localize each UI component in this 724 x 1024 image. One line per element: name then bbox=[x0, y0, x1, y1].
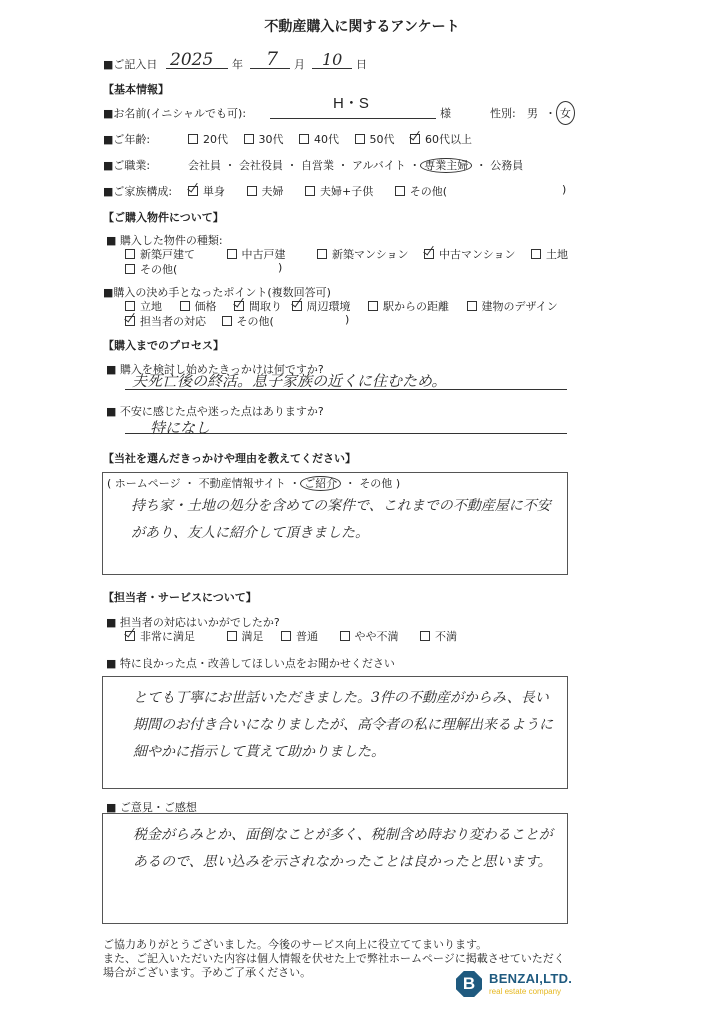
checkbox-icon bbox=[180, 301, 190, 311]
footer-notice-cont: 場合がございます。予めご了承ください。 bbox=[103, 964, 311, 980]
feedback-box: とても丁寧にお世話いただきました。3件の不動産がからみ、長い期間のお付き合いにな… bbox=[102, 676, 568, 789]
checkbox-icon bbox=[317, 249, 327, 259]
section-process: 【購入までのプロセス】 bbox=[103, 337, 224, 353]
family-option-couple[interactable]: 夫婦 bbox=[247, 183, 284, 199]
survey-title: 不動産購入に関するアンケート bbox=[0, 16, 724, 36]
age-option-40[interactable]: 40代 bbox=[299, 131, 339, 147]
property-type-options: 新築戸建て 中古戸建 新築マンション 中古マンション 土地 bbox=[125, 246, 580, 262]
checkbox-icon bbox=[355, 134, 365, 144]
checkbox-checked-icon bbox=[234, 301, 244, 311]
checkbox-icon bbox=[227, 631, 237, 641]
checkbox-icon bbox=[281, 631, 291, 641]
property-type-option[interactable]: 中古戸建 bbox=[227, 246, 286, 262]
reason-options: ( ホームページ ・ 不動産情報サイト ・ご紹介 ・ その他 ) bbox=[107, 475, 400, 491]
honorific: 様 bbox=[440, 105, 451, 121]
point-option-other[interactable]: その他( bbox=[222, 313, 274, 329]
decision-points-options: 立地 価格 間取り 周辺環境 駅からの距離 建物のデザイン bbox=[125, 298, 570, 314]
age-options: 20代 30代 40代 50代 60代以上 bbox=[188, 131, 484, 147]
point-option[interactable]: 価格 bbox=[180, 298, 217, 314]
company-logo: B BENZAI,LTD. real estate company bbox=[456, 968, 596, 1008]
decision-points-options-row2: 担当者の対応 その他( bbox=[125, 313, 286, 329]
checkbox-icon bbox=[467, 301, 477, 311]
staff-rating-options: 非常に満足 満足 普通 やや不満 不満 bbox=[125, 628, 469, 644]
checkbox-checked-icon bbox=[125, 631, 135, 641]
reason-option[interactable]: ホームページ bbox=[115, 477, 181, 490]
checkbox-icon bbox=[244, 134, 254, 144]
job-options: 会社員 ・ 会社役員 ・ 自営業 ・ アルバイト ・専業主婦 ・ 公務員 bbox=[188, 157, 523, 173]
reason-box: ( ホームページ ・ 不動産情報サイト ・ご紹介 ・ その他 ) 持ち家・土地の… bbox=[102, 472, 568, 575]
checkbox-checked-icon bbox=[424, 249, 434, 259]
checkbox-icon bbox=[125, 264, 135, 274]
name-label: ■お名前(イニシャルでも可): bbox=[103, 105, 246, 121]
property-type-option[interactable]: 新築戸建て bbox=[125, 246, 195, 262]
month-field[interactable]: 7 bbox=[266, 48, 278, 70]
checkbox-icon bbox=[368, 301, 378, 311]
job-option[interactable]: アルバイト bbox=[352, 159, 406, 172]
checkbox-checked-icon bbox=[292, 301, 302, 311]
job-option-selected[interactable]: 専業主婦 bbox=[420, 158, 472, 173]
point-option-surroundings[interactable]: 周辺環境 bbox=[292, 298, 351, 314]
year-unit: 年 bbox=[232, 56, 243, 72]
family-options: 単身 夫婦 夫婦+子供 その他( bbox=[188, 183, 459, 199]
rating-option[interactable]: 普通 bbox=[281, 628, 318, 644]
checkbox-icon bbox=[395, 186, 405, 196]
family-label: ■ご家族構成: bbox=[103, 183, 172, 199]
paren-close: ) bbox=[278, 261, 282, 274]
month-unit: 月 bbox=[294, 56, 305, 72]
family-option-other[interactable]: その他( bbox=[395, 183, 447, 199]
question-feedback: ■ 特に良かった点・改善してほしい点をお聞かせください bbox=[106, 655, 395, 671]
rating-option[interactable]: やや不満 bbox=[340, 628, 399, 644]
reason-option[interactable]: その他 bbox=[359, 477, 392, 490]
answer-concerns[interactable]: 特になし bbox=[150, 417, 210, 438]
point-option-staff[interactable]: 担当者の対応 bbox=[125, 313, 206, 329]
gender-sep: ・ bbox=[545, 105, 556, 121]
age-label: ■ご年齢: bbox=[103, 131, 150, 147]
job-option[interactable]: 公務員 bbox=[490, 159, 523, 172]
age-option-20[interactable]: 20代 bbox=[188, 131, 228, 147]
age-option-60-plus[interactable]: 60代以上 bbox=[410, 131, 472, 147]
logo-b-icon: B bbox=[456, 971, 482, 997]
reason-option[interactable]: 不動産情報サイト bbox=[199, 477, 286, 490]
checkbox-checked-icon bbox=[188, 186, 198, 196]
logo-tagline: real estate company bbox=[489, 987, 561, 996]
gender-male[interactable]: 男 bbox=[527, 105, 538, 121]
answer-trigger[interactable]: 夫死亡後の終活。息子家族の近くに住むため。 bbox=[132, 370, 446, 391]
section-service: 【担当者・サービスについて】 bbox=[103, 589, 257, 605]
checkbox-checked-icon bbox=[125, 316, 135, 326]
checkbox-icon bbox=[531, 249, 541, 259]
day-field[interactable]: 10 bbox=[322, 50, 342, 69]
section-reason: 【当社を選んだきっかけや理由を教えてください】 bbox=[103, 450, 356, 466]
job-option[interactable]: 会社役員 bbox=[239, 159, 283, 172]
date-label: ■ご記入日 bbox=[103, 56, 157, 72]
job-option[interactable]: 会社員 bbox=[188, 159, 221, 172]
checkbox-icon bbox=[227, 249, 237, 259]
age-option-50[interactable]: 50代 bbox=[355, 131, 395, 147]
family-option-single[interactable]: 単身 bbox=[188, 183, 225, 199]
job-option[interactable]: 自営業 bbox=[301, 159, 334, 172]
checkbox-icon bbox=[420, 631, 430, 641]
comments-box: 税金がらみとか、面倒なことが多く、税制含め時おり変わることがあるので、思い込みを… bbox=[102, 813, 568, 924]
point-option-layout[interactable]: 間取り bbox=[234, 298, 282, 314]
gender-female-selected[interactable]: 女 bbox=[556, 101, 575, 125]
age-option-30[interactable]: 30代 bbox=[244, 131, 284, 147]
property-type-other[interactable]: その他( bbox=[125, 261, 177, 277]
checkbox-icon bbox=[247, 186, 257, 196]
paren-close: ) bbox=[345, 313, 349, 326]
rating-option-very-satisfied[interactable]: 非常に満足 bbox=[125, 628, 195, 644]
gender-label: 性別: bbox=[490, 105, 516, 121]
section-property: 【ご購入物件について】 bbox=[103, 209, 224, 225]
property-type-option[interactable]: 土地 bbox=[531, 246, 568, 262]
job-label: ■ご職業: bbox=[103, 157, 150, 173]
point-option[interactable]: 駅からの距離 bbox=[368, 298, 449, 314]
feedback-answer[interactable]: とても丁寧にお世話いただきました。3件の不動産がからみ、長い期間のお付き合いにな… bbox=[133, 685, 557, 766]
family-option-couple-kids[interactable]: 夫婦+子供 bbox=[305, 183, 373, 199]
rating-option[interactable]: 満足 bbox=[227, 628, 264, 644]
checkbox-icon bbox=[305, 186, 315, 196]
question-concerns: ■ 不安に感じた点や迷った点はありますか? bbox=[106, 403, 324, 419]
property-type-option[interactable]: 新築マンション bbox=[317, 246, 409, 262]
property-type-option-used-condo[interactable]: 中古マンション bbox=[424, 246, 516, 262]
checkbox-icon bbox=[340, 631, 350, 641]
paren-close: ) bbox=[562, 183, 566, 196]
checkbox-icon bbox=[299, 134, 309, 144]
comments-answer[interactable]: 税金がらみとか、面倒なことが多く、税制含め時おり変わることがあるので、思い込みを… bbox=[133, 822, 557, 876]
checkbox-icon bbox=[222, 316, 232, 326]
checkbox-icon bbox=[125, 249, 135, 259]
name-field[interactable]: H・S bbox=[333, 92, 369, 113]
logo-name: BENZAI,LTD. bbox=[489, 971, 572, 986]
day-unit: 日 bbox=[356, 56, 367, 72]
section-basic-info: 【基本情報】 bbox=[103, 81, 169, 97]
reason-option-selected[interactable]: ご紹介 bbox=[300, 476, 341, 491]
year-field[interactable]: 2025 bbox=[170, 50, 213, 70]
point-option[interactable]: 建物のデザイン bbox=[467, 298, 558, 314]
rating-option[interactable]: 不満 bbox=[420, 628, 457, 644]
checkbox-checked-icon bbox=[410, 134, 420, 144]
checkbox-icon bbox=[188, 134, 198, 144]
reason-answer[interactable]: 持ち家・土地の処分を含めての案件で、これまでの不動産屋に不安があり、友人に紹介し… bbox=[131, 493, 557, 547]
